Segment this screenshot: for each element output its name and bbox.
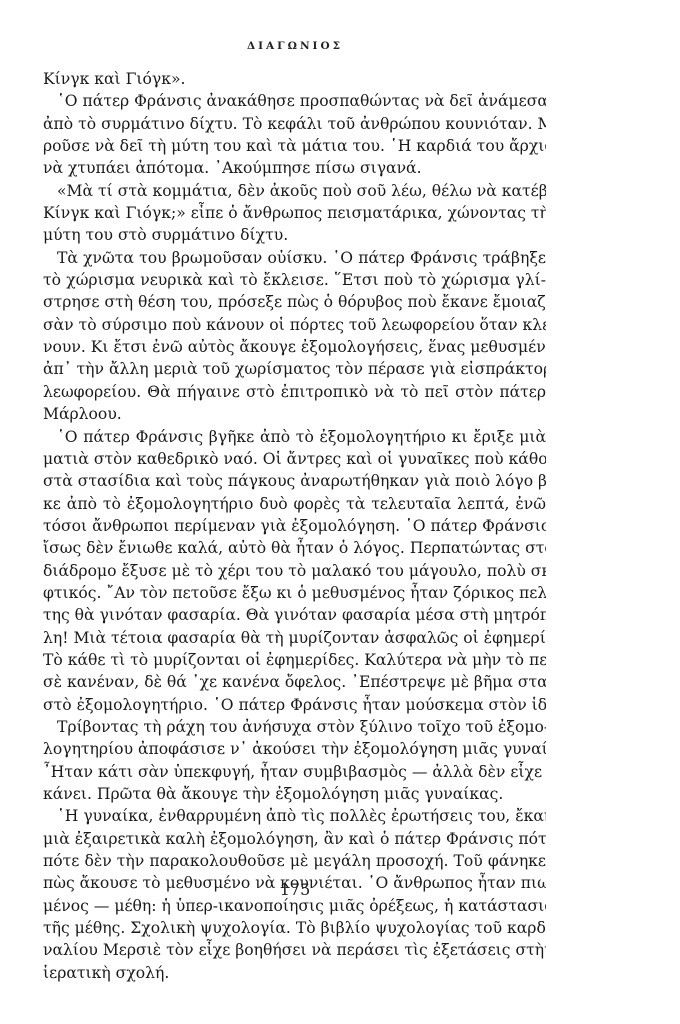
- text-line: κάνει. Πρῶτα θὰ ἄκουγε τὴν ἐξομολόγηση μ…: [43, 783, 546, 805]
- text-line: Μάρλοου.: [43, 403, 546, 425]
- text-line: ἴσως δὲν ἔνιωθε καλά, αὐτὸ θὰ ἦταν ὁ λόγ…: [43, 537, 546, 559]
- text-line: λη! Μιὰ τέτοια φασαρία θὰ τὴ μυρίζονταν …: [43, 627, 546, 649]
- text-line: μύτη του στὸ συρμάτινο δίχτυ.: [43, 224, 546, 246]
- text-line: ματιὰ στὸν καθεδρικὸ ναό. Οἱ ἄντρες καὶ …: [43, 448, 546, 470]
- text-line: Τὰ χνῶτα του βρωμοῦσαν οὐίσκυ. ῾Ο πάτερ …: [43, 247, 546, 269]
- text-line: νουν. Κι ἔτσι ἐνῶ αὐτὸς ἄκουγε ἐξομολογή…: [43, 336, 546, 358]
- text-line: διάδρομο ἔξυσε μὲ τὸ χέρι του τὸ μαλακό …: [43, 560, 546, 582]
- text-line: ῾Ο πάτερ Φράνσις ἀνακάθησε προσπαθώντας …: [43, 90, 546, 112]
- text-line: ροῦσε νὰ δεῖ τὴ μύτη του καὶ τὰ μάτια το…: [43, 135, 546, 157]
- text-line: λεωφορείου. Θὰ πήγαινε στὸ ἐπιτροπικὸ νὰ…: [43, 381, 546, 403]
- text-line: ναλίου Μερσιὲ τὸν εἶχε βοηθήσει νὰ περάσ…: [43, 939, 546, 961]
- text-line: τὸ χώρισμα νευρικὰ καὶ τὸ ἔκλεισε. ῞Ετσι…: [43, 269, 546, 291]
- text-line: της θὰ γινόταν φασαρία. Θὰ γινόταν φασαρ…: [43, 604, 546, 626]
- text-line: μιὰ ἐξαιρετικὰ καλὴ ἐξομολόγηση, ἂν καὶ …: [43, 828, 546, 850]
- body-text: Κίνγκ καὶ Γιόγκ».῾Ο πάτερ Φράνσις ἀνακάθ…: [43, 68, 546, 984]
- text-line: κε ἀπὸ τὸ ἐξομολογητήριο δυὸ φορὲς τὰ τε…: [43, 493, 546, 515]
- text-line: στρησε στὴ θέση του, πρόσεξε πὼς ὁ θόρυβ…: [43, 291, 546, 313]
- text-line: Τρίβοντας τὴ ράχη του ἀνήσυχα στὸν ξύλιν…: [43, 716, 546, 738]
- text-line: σὲ κανέναν, δὲ θά ᾿χε κανένα ὄφελος. ᾿Επ…: [43, 671, 546, 693]
- text-line: λογητηρίου ἀποφάσισε ν᾿ ἀκούσει τὴν ἐξομ…: [43, 738, 546, 760]
- text-line: Τὸ κάθε τὶ τὸ μυρίζονται οἱ ἐφημερίδες. …: [43, 649, 546, 671]
- text-line: Κίνγκ καὶ Γιόγκ;» εἶπε ὁ ἄνθρωπος πεισμα…: [43, 202, 546, 224]
- text-line: πότε δὲν τὴν παρακολουθοῦσε μὲ μεγάλη πρ…: [43, 850, 546, 872]
- text-line: φτικός. ῎Αν τὸν πετοῦσε ἔξω κι ὁ μεθυσμέ…: [43, 582, 546, 604]
- text-line: νὰ χτυπάει ἀπότομα. ᾿Ακούμπησε πίσω σιγα…: [43, 157, 546, 179]
- text-line: Κίνγκ καὶ Γιόγκ».: [43, 68, 546, 90]
- text-line: ῏Ηταν κάτι σὰν ὑπεκφυγή, ἦταν συμβιβασμὸ…: [43, 761, 546, 783]
- text-line: ἀπ᾿ τὴν ἄλλη μεριὰ τοῦ χωρίσματος τὸν πέ…: [43, 358, 546, 380]
- text-line: ῾Ο πάτερ Φράνσις βγῆκε ἀπὸ τὸ ἐξομολογητ…: [43, 426, 546, 448]
- text-line: σὰν τὸ σύρσιμο ποὺ κάνουν οἱ πόρτες τοῦ …: [43, 314, 546, 336]
- page-number: 175: [0, 880, 590, 899]
- text-line: «Μὰ τί στὰ κομμάτια, δὲν ἀκοῦς ποὺ σοῦ λ…: [43, 180, 546, 202]
- text-line: στὰ στασίδια καὶ τοὺς πάγκους ἀναρωτήθηκ…: [43, 470, 546, 492]
- text-line: ἀπὸ τὸ συρμάτινο δίχτυ. Τὸ κεφάλι τοῦ ἀν…: [43, 113, 546, 135]
- text-line: ἱερατικὴ σχολή.: [43, 962, 546, 984]
- text-line: τόσοι ἄνθρωποι περίμεναν γιὰ ἐξομολόγηση…: [43, 515, 546, 537]
- text-line: στὸ ἐξομολογητήριο. ῾Ο πάτερ Φράνσις ἦτα…: [43, 694, 546, 716]
- running-head: ΔΙΑΓΩΝΙΟΣ: [0, 40, 590, 52]
- text-line: ῾Η γυναίκα, ἐνθαρρυμένη ἀπὸ τὶς πολλὲς ἐ…: [43, 805, 546, 827]
- text-line: τῆς μέθης. Σχολικὴ ψυχολογία. Τὸ βιβλίο …: [43, 917, 546, 939]
